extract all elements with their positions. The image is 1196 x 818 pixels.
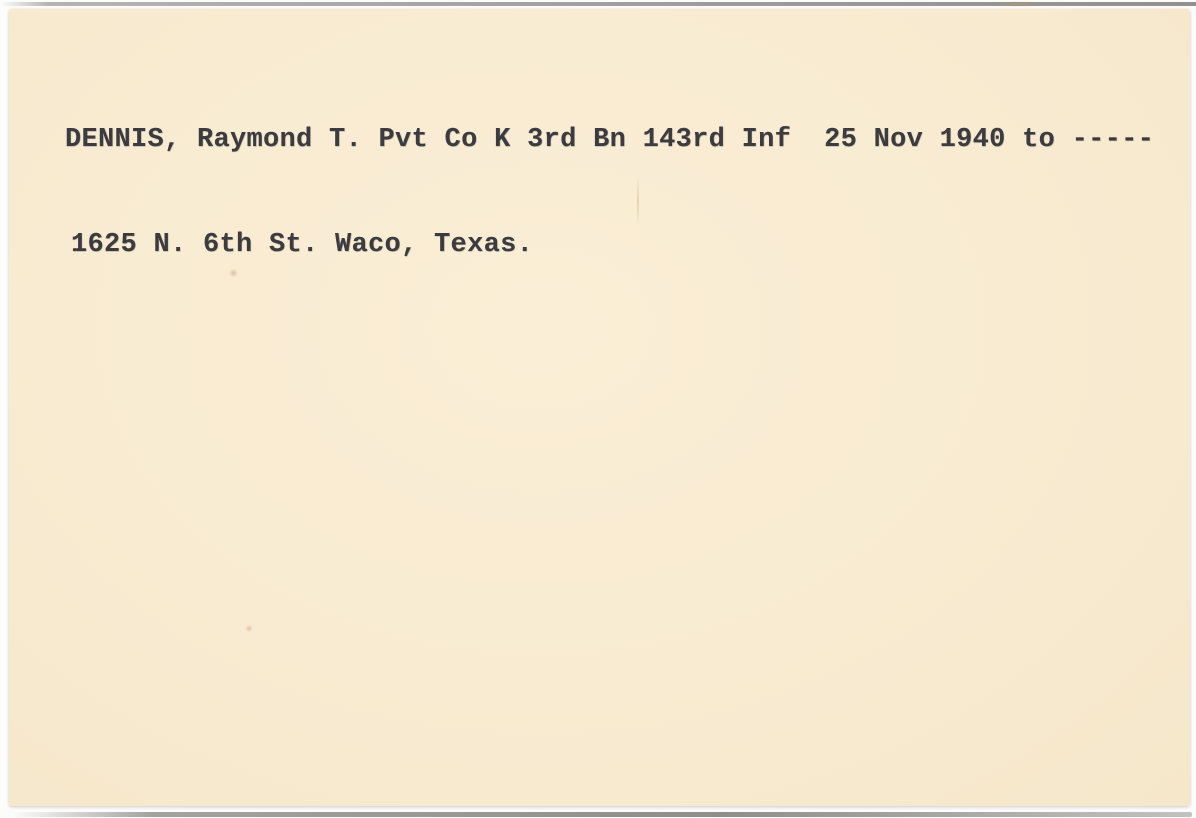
index-card: DENNIS, Raymond T. Pvt Co K 3rd Bn 143rd… xyxy=(9,9,1190,806)
card-text-line-2: 1625 N. 6th St. Waco, Texas. xyxy=(65,228,1154,263)
typewritten-text: DENNIS, Raymond T. Pvt Co K 3rd Bn 143rd… xyxy=(65,53,1154,333)
paper-speck xyxy=(245,625,253,632)
scan-edge-bottom xyxy=(10,812,1192,817)
scan-edge-top xyxy=(0,2,1196,6)
scanned-document: DENNIS, Raymond T. Pvt Co K 3rd Bn 143rd… xyxy=(0,0,1196,818)
card-text-line-1: DENNIS, Raymond T. Pvt Co K 3rd Bn 143rd… xyxy=(65,123,1154,158)
